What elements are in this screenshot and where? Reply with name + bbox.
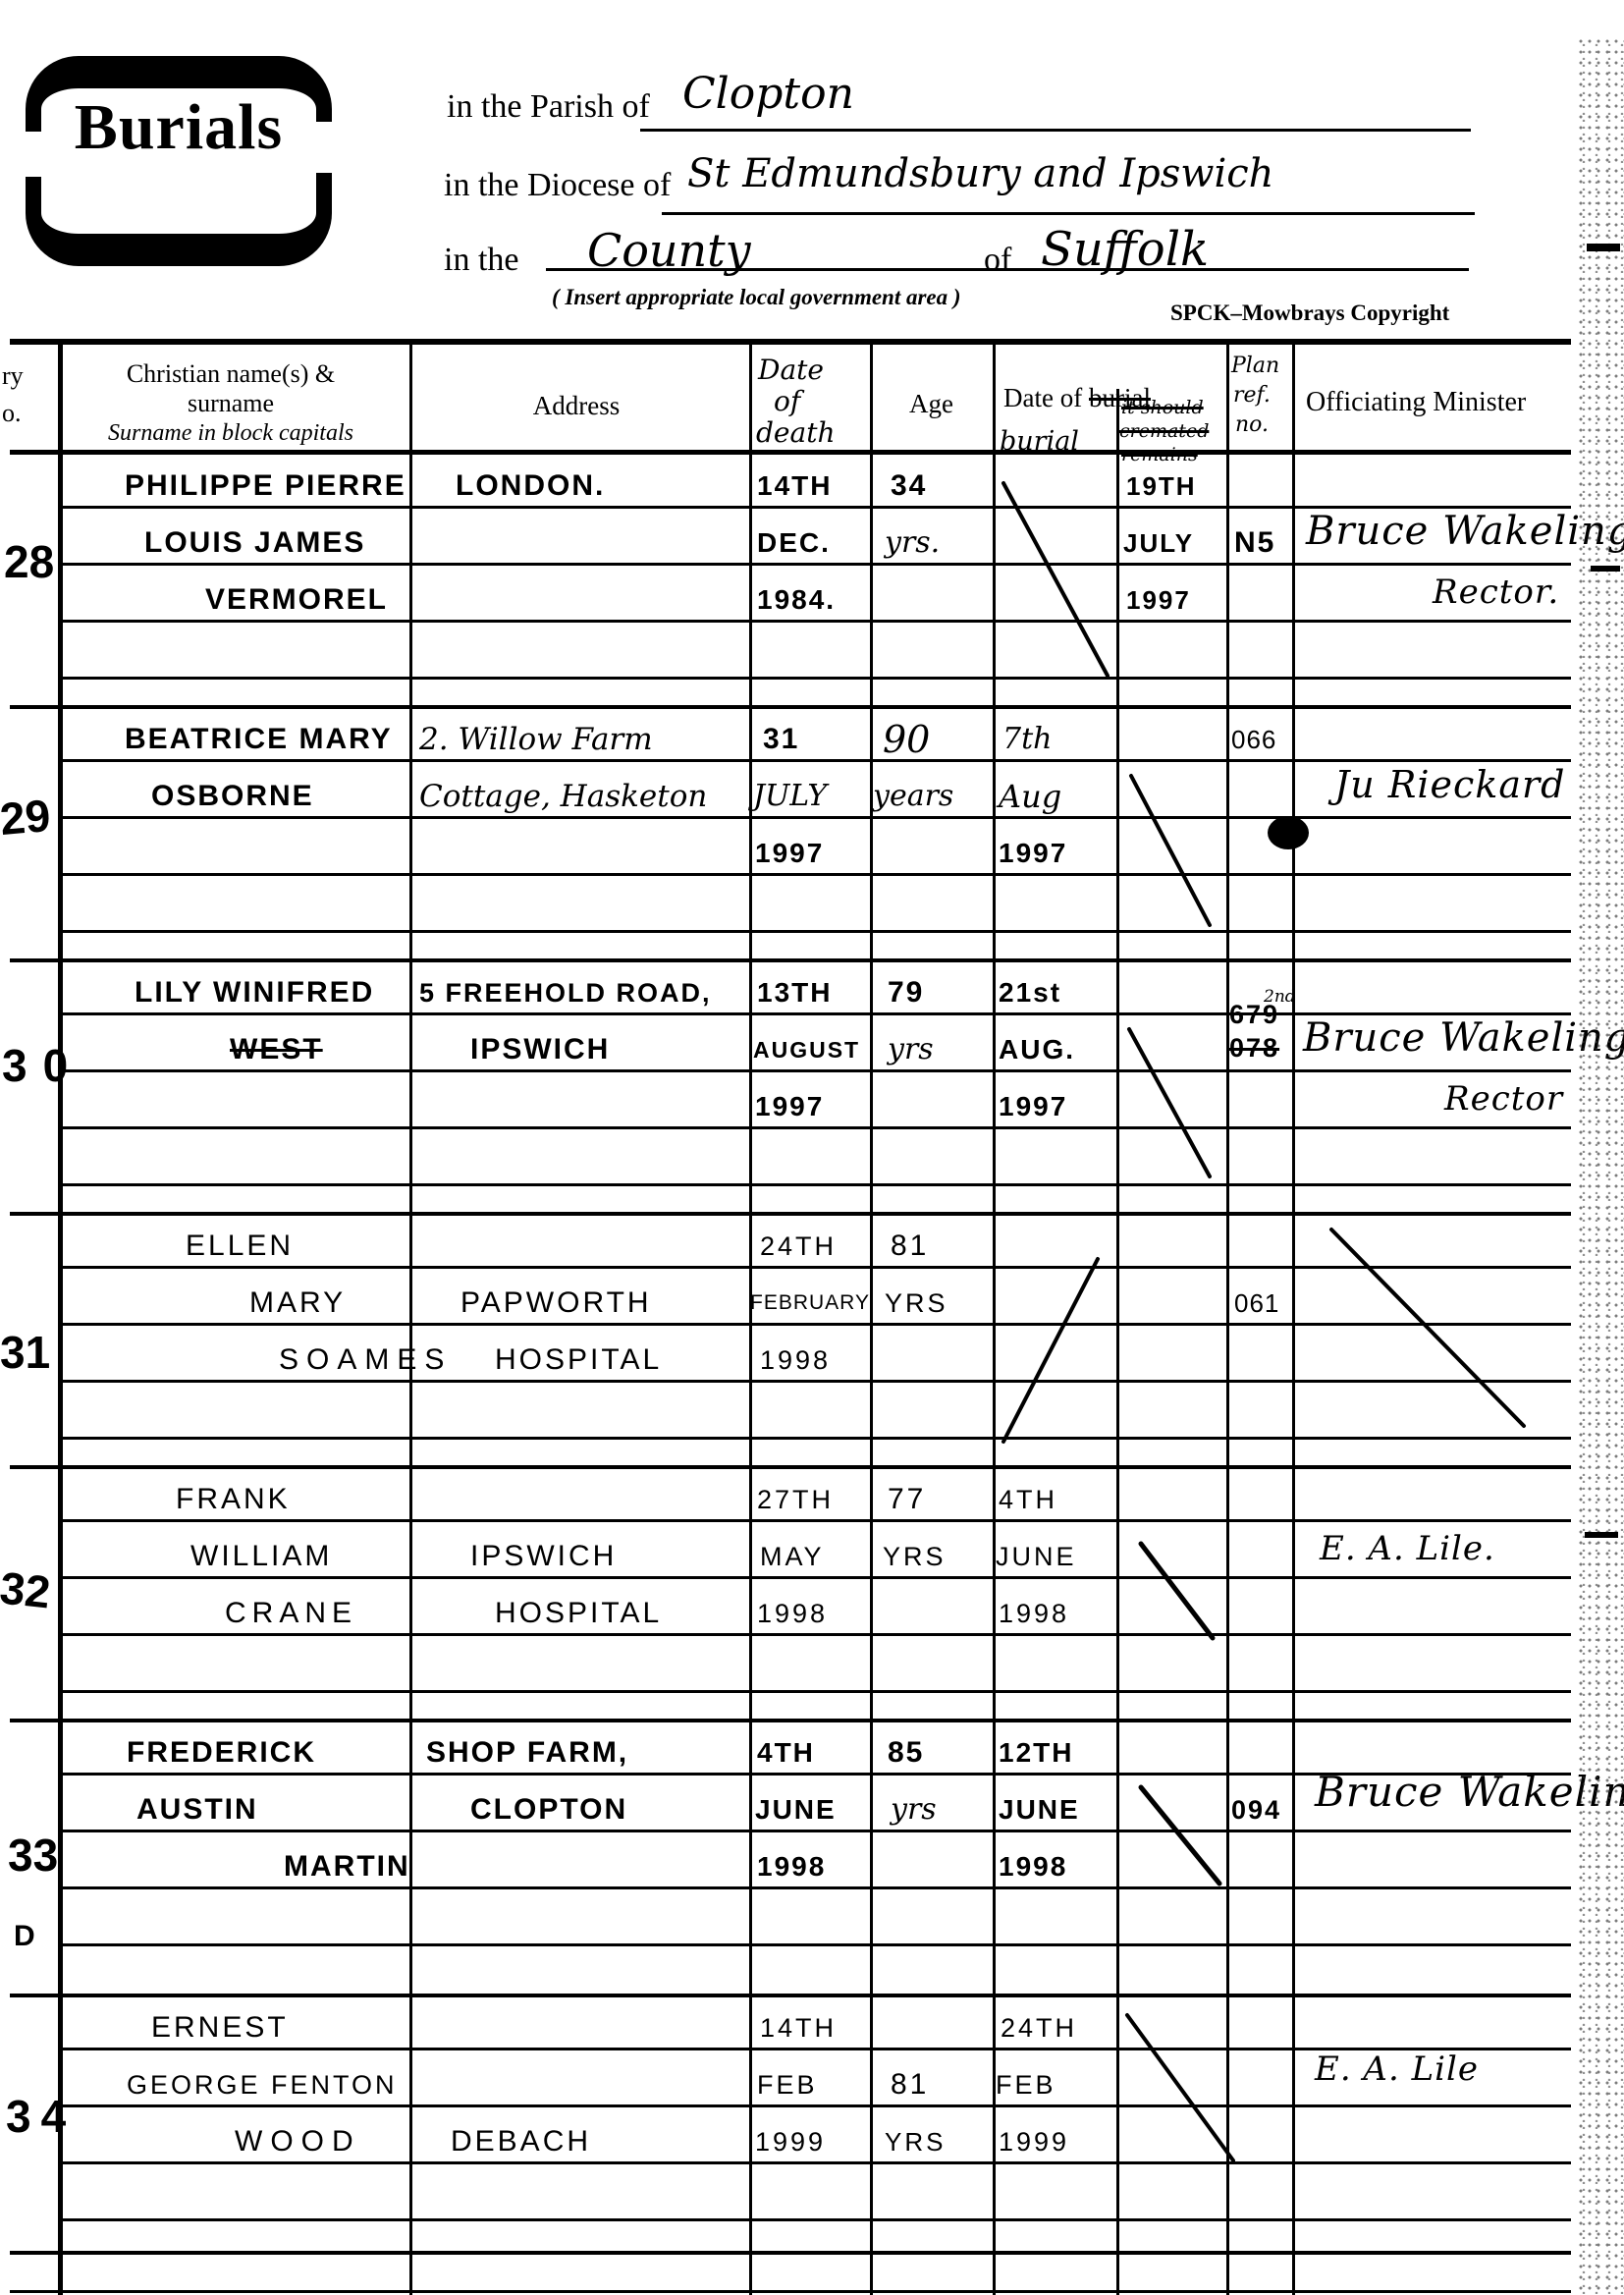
age-line: 77 bbox=[888, 1477, 926, 1522]
entry-number: 29 bbox=[0, 789, 52, 846]
of-label: of bbox=[984, 242, 1011, 279]
entry-number: 33 bbox=[8, 1829, 58, 1882]
name-line: WILLIAM bbox=[190, 1534, 332, 1579]
burial-date-line: 1998 bbox=[999, 1591, 1069, 1636]
cremated-struck-note: cremated bbox=[1119, 420, 1209, 442]
age-line: YRS bbox=[885, 2119, 946, 2164]
burial-date-line: JUNE bbox=[996, 1534, 1077, 1579]
row-separator bbox=[10, 2290, 1571, 2293]
name-line: MARTIN bbox=[284, 1844, 410, 1889]
minister-signature: Bruce Wakeling bbox=[1306, 509, 1624, 554]
entry-row-34: ERNEST GEORGE FENTON WOOD DEBACH 14TH FE… bbox=[58, 1994, 1571, 2251]
in-the-label: in the bbox=[444, 242, 518, 279]
name-column-header: Christian name(s) & surname Surname in b… bbox=[69, 359, 393, 448]
name-line: ERNEST bbox=[151, 2005, 289, 2050]
name-line: GEORGE FENTON bbox=[127, 2062, 398, 2107]
minister-signature: E. A. Lile bbox=[1315, 2047, 1479, 2092]
plan-ref: 066 bbox=[1231, 717, 1276, 762]
burial-date-line: 1998 bbox=[999, 1844, 1067, 1889]
death-date-line: 1998 bbox=[757, 1591, 828, 1636]
parish-value-handwritten: Clopton bbox=[682, 69, 854, 119]
minister-signature: Rector. bbox=[1433, 570, 1559, 615]
burial-date-line: 21st bbox=[999, 970, 1061, 1015]
death-date-line: 1998 bbox=[757, 1844, 826, 1889]
death-date-line: 27TH bbox=[757, 1477, 834, 1522]
entry-row-30: LILY WINIFRED WEST 5 FREEHOLD ROAD, IPSW… bbox=[58, 958, 1571, 1212]
name-line: PHILIPPE PIERRE bbox=[125, 464, 406, 509]
minister-signature: E. A. Lile. bbox=[1320, 1526, 1495, 1571]
minister-column-header: Officiating Minister bbox=[1306, 387, 1526, 418]
burial-date-line: 12TH bbox=[999, 1730, 1073, 1776]
burial-date-line: JULY bbox=[1123, 520, 1194, 566]
diocese-value-handwritten: St Edmundsbury and Ipswich bbox=[687, 151, 1273, 196]
burial-register-page: Burials in the Parish of Clopton in the … bbox=[0, 0, 1624, 2295]
burials-logo-box: Burials bbox=[26, 56, 332, 266]
death-column-header-hw: of bbox=[774, 385, 800, 417]
death-date-line: 14TH bbox=[757, 464, 832, 509]
table-top-border bbox=[10, 339, 1571, 345]
burial-date-line: 7th bbox=[1002, 717, 1052, 762]
parish-label: in the Parish of bbox=[447, 88, 650, 126]
address-line: SHOP FARM, bbox=[426, 1730, 628, 1776]
name-line: ELLEN bbox=[186, 1224, 294, 1269]
death-date-line: 24TH bbox=[760, 1224, 837, 1269]
name-line: FRANK bbox=[176, 1477, 291, 1522]
entry-number: 28 bbox=[4, 535, 54, 588]
area-note: ( Insert appropriate local government ar… bbox=[552, 285, 961, 310]
death-date-line: MAY bbox=[760, 1534, 825, 1579]
area-underline bbox=[546, 268, 1469, 271]
plan-ref-header-hw: no. bbox=[1235, 412, 1269, 437]
entry-row-29: BEATRICE MARY OSBORNE 2. Willow Farm Cot… bbox=[58, 705, 1571, 958]
age-line: 81 bbox=[891, 1224, 929, 1269]
burial-date-line: 1999 bbox=[999, 2119, 1069, 2164]
minister-signature: Rector bbox=[1444, 1076, 1563, 1121]
age-line: YRS bbox=[883, 1534, 947, 1579]
row-separator bbox=[10, 2251, 1571, 2255]
minister-signature: Bruce Wakeling bbox=[1315, 1770, 1624, 1815]
entry-row-32: FRANK WILLIAM CRANE IPSWICH HOSPITAL 27T… bbox=[58, 1465, 1571, 1719]
death-date-line: FEB bbox=[757, 2062, 818, 2107]
parish-underline bbox=[640, 129, 1471, 132]
name-line: OSBORNE bbox=[151, 774, 314, 819]
entry-number: 31 bbox=[0, 1326, 50, 1379]
address-line: IPSWICH bbox=[470, 1534, 617, 1579]
burial-date-line: JUNE bbox=[999, 1787, 1080, 1832]
death-date-line: 1998 bbox=[760, 1338, 831, 1383]
name-line: LILY WINIFRED bbox=[135, 970, 374, 1015]
address-line: 5 FREEHOLD ROAD, bbox=[419, 970, 712, 1015]
plan-ref: 679 bbox=[1229, 998, 1279, 1031]
death-date-line: 31 bbox=[763, 717, 799, 762]
death-date-line: 13TH bbox=[757, 970, 832, 1015]
address-line: Cottage, Hasketon bbox=[419, 774, 707, 819]
burial-date-line: AUG. bbox=[999, 1027, 1075, 1072]
age-line: yrs. bbox=[885, 520, 940, 566]
entry-row-31: ELLEN MARY SOAMES PAPWORTH HOSPITAL 24TH… bbox=[58, 1212, 1571, 1465]
address-column-header: Address bbox=[409, 391, 743, 421]
name-line: AUSTIN bbox=[136, 1787, 258, 1832]
name-line: FREDERICK bbox=[127, 1730, 316, 1776]
death-date-line: 14TH bbox=[760, 2005, 837, 2050]
minister-signature: Ju Rieckard bbox=[1334, 762, 1566, 807]
name-line: WOOD bbox=[235, 2119, 361, 2164]
age-column-header: Age bbox=[870, 389, 993, 419]
entry-number: 32 bbox=[0, 1560, 53, 1618]
plan-ref: 094 bbox=[1231, 1787, 1281, 1832]
name-line: SOAMES bbox=[279, 1338, 452, 1383]
scan-edge-mark bbox=[1585, 1532, 1618, 1538]
plan-ref-header-hw: Plan bbox=[1231, 354, 1279, 378]
death-date-line: 1999 bbox=[755, 2119, 826, 2164]
plan-ref: N5 bbox=[1234, 520, 1275, 566]
death-date-line: DEC. bbox=[757, 520, 831, 566]
address-line: HOSPITAL bbox=[495, 1591, 662, 1636]
age-line: 79 bbox=[888, 970, 924, 1015]
entry-row-33: FREDERICK AUSTIN MARTIN SHOP FARM, CLOPT… bbox=[58, 1719, 1571, 1994]
plan-ref-struck: 078 bbox=[1229, 1031, 1279, 1065]
death-date-line: 1997 bbox=[755, 1084, 824, 1129]
address-line: CLOPTON bbox=[470, 1787, 627, 1832]
age-line: yrs bbox=[891, 1787, 937, 1832]
name-line-struck: WEST bbox=[230, 1027, 323, 1072]
address-line: PAPWORTH bbox=[460, 1281, 652, 1326]
death-column-header-hw: Date bbox=[758, 354, 824, 386]
age-line: YRS bbox=[885, 1281, 948, 1326]
scan-edge-noise bbox=[1579, 39, 1624, 2295]
diocese-underline bbox=[662, 212, 1475, 215]
entry-row-28: PHILIPPE PIERRE LOUIS JAMES VERMOREL LON… bbox=[58, 452, 1571, 705]
burial-date-line: FEB bbox=[996, 2062, 1056, 2107]
age-line: 81 bbox=[891, 2062, 929, 2107]
death-column-header-hw: death bbox=[756, 416, 835, 449]
death-date-line: 4TH bbox=[757, 1730, 815, 1776]
age-line: years bbox=[873, 774, 953, 819]
burial-date-line: 24TH bbox=[1001, 2005, 1077, 2050]
address-line: HOSPITAL bbox=[495, 1338, 662, 1383]
death-date-line: 1984. bbox=[757, 577, 836, 623]
age-line: yrs bbox=[888, 1027, 934, 1072]
address-line: 2. Willow Farm bbox=[419, 717, 653, 762]
entry-margin-note: D bbox=[14, 1920, 35, 1953]
address-line: LONDON. bbox=[456, 464, 605, 509]
age-line: 85 bbox=[888, 1730, 924, 1776]
burial-date-line: 1997 bbox=[999, 1084, 1067, 1129]
copyright-notice: SPCK–Mowbrays Copyright bbox=[1170, 301, 1449, 326]
death-date-line: AUGUST bbox=[753, 1027, 860, 1072]
diocese-label: in the Diocese of bbox=[444, 167, 671, 204]
cremated-struck-note: it should bbox=[1121, 397, 1204, 418]
entry-no-header-clipped: ry bbox=[2, 361, 24, 391]
name-line: CRANE bbox=[225, 1591, 357, 1636]
plan-ref-header-hw: ref. bbox=[1233, 383, 1271, 408]
death-date-line: JULY bbox=[753, 774, 827, 819]
scan-edge-mark bbox=[1587, 244, 1620, 251]
age-line: 90 bbox=[883, 717, 930, 762]
death-date-line: FEBRUARY bbox=[750, 1281, 870, 1326]
logo-border-gap-right bbox=[314, 122, 334, 173]
burial-date-line: 19TH bbox=[1126, 464, 1197, 509]
address-line: DEBACH bbox=[451, 2119, 591, 2164]
name-line: MARY bbox=[249, 1281, 346, 1326]
burial-date-line: 4TH bbox=[999, 1477, 1057, 1522]
death-date-line: JUNE bbox=[755, 1787, 837, 1832]
scan-edge-mark bbox=[1591, 566, 1620, 572]
name-line: BEATRICE MARY bbox=[125, 717, 393, 762]
plan-ref: 061 bbox=[1234, 1281, 1279, 1326]
burial-date-line: 1997 bbox=[1126, 577, 1191, 623]
address-line: IPSWICH bbox=[470, 1027, 610, 1072]
burials-logo-text: Burials bbox=[41, 90, 316, 165]
minister-signature: Bruce Wakeling bbox=[1303, 1015, 1624, 1061]
death-date-line: 1997 bbox=[755, 831, 824, 876]
burial-date-line: Aug bbox=[999, 774, 1061, 819]
name-line: VERMOREL bbox=[205, 577, 388, 623]
age-line: 34 bbox=[891, 464, 927, 509]
logo-border-gap-left bbox=[24, 132, 43, 177]
name-line: LOUIS JAMES bbox=[144, 520, 365, 566]
burial-date-line: 1997 bbox=[999, 831, 1067, 876]
entry-no-header-clipped: o. bbox=[2, 399, 22, 428]
